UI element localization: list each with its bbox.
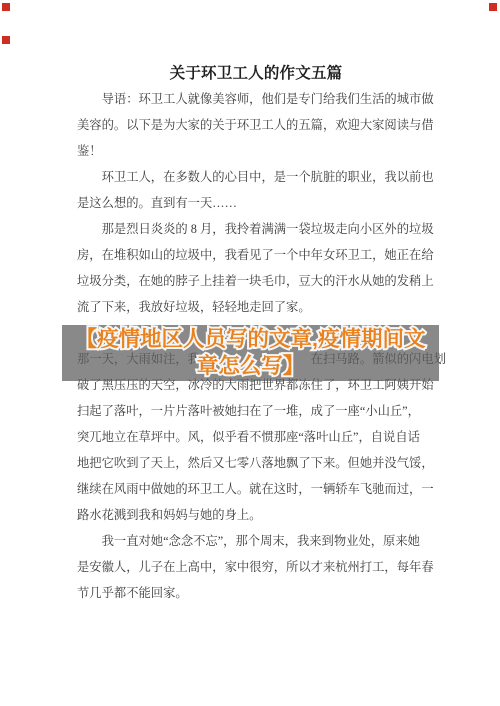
corner-marker-top-left-1 [2, 3, 10, 11]
overlay-banner: 【疫情地区人员写的文章,疫情期间文【疫情地区人员写的文章,疫情期间文章怎么写】章… [62, 325, 439, 381]
paragraph-line: 房，在堆积如山的垃圾中，我看见了一个中年女环卫工，她正在给 [77, 242, 435, 268]
paragraph-line: 鉴！ [77, 138, 435, 164]
corner-marker-top-left-2 [2, 36, 10, 44]
paragraph-line: 是安徽人，儿子在上高中，家中很穷，所以才来杭州打工，每年春 [77, 554, 435, 580]
paragraph-line: 导语：环卫工人就像美容师，他们是专门给我们生活的城市做 [77, 86, 435, 112]
paragraph-line: 流了下来，我放好垃圾，轻轻地走回了家。 [77, 294, 435, 320]
paragraph-line: 扫起了落叶，一片片落叶被她扫在了一堆，成了一座“小山丘”， [77, 398, 435, 424]
corner-marker-top-right [489, 3, 497, 11]
paragraph-line: 突兀地立在草坪中。风，似乎看不惯那座“落叶山丘”，自说自话 [77, 424, 435, 450]
paragraph-line: 那是烈日炎炎的 8 月，我拎着满满一袋垃圾走向小区外的垃圾 [77, 216, 435, 242]
paragraph-line: 美容的。以下是为大家的关于环卫工人的五篇，欢迎大家阅读与借 [77, 112, 435, 138]
paragraph-line: 垃圾分类，在她的脖子上挂着一块毛巾，豆大的汗水从她的发稍上 [77, 268, 435, 294]
paragraph-line: 节几乎都不能回家。 [77, 580, 435, 606]
overlay-banner-line: 章怎么写】章怎么写】 [62, 353, 439, 380]
paragraph-line: 继续在风雨中做她的环卫工人。就在这时，一辆轿车飞驰而过，一 [77, 476, 435, 502]
overlay-banner-line-text: 章怎么写】 [197, 354, 305, 378]
overlay-banner-line: 【疫情地区人员写的文章,疫情期间文【疫情地区人员写的文章,疫情期间文 [62, 326, 439, 353]
paragraph-line: 我一直对她“念念不忘”，那个周末，我来到物业处，原来她 [77, 528, 435, 554]
document-page: 关于环卫工人的作文五篇 导语：环卫工人就像美容师，他们是专门给我们生活的城市做美… [0, 0, 500, 706]
page-title: 关于环卫工人的作文五篇 [77, 61, 435, 83]
overlay-banner-line-text: 【疫情地区人员写的文章,疫情期间文 [76, 327, 426, 351]
paragraph-line: 环卫工人，在多数人的心目中，是一个肮脏的职业，我以前也 [77, 164, 435, 190]
paragraph-line: 地把它吹到了天上，然后又七零八落地飘了下来。但她并没气馁， [77, 450, 435, 476]
paragraph-line: 路水花溅到我和妈妈与她的身上。 [77, 502, 435, 528]
paragraph-line: 是这么想的。直到有一天…… [77, 190, 435, 216]
